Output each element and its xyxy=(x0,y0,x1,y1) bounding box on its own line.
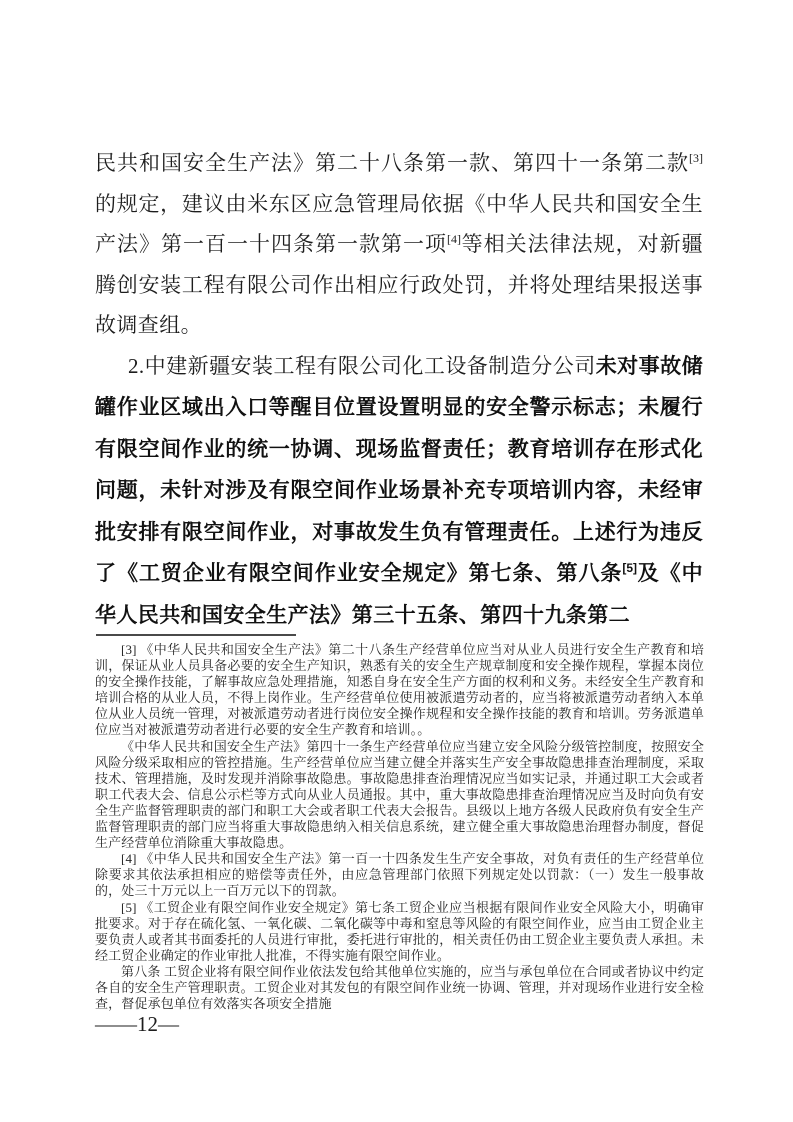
paragraph-lead-text: 2.中建新疆安装工程有限公司化工设备制造分公司 xyxy=(128,354,596,378)
footnotes-block: [3] 《中华人民共和国安全生产法》第二十八条生产经营单位应当对从业人员进行安全… xyxy=(95,642,704,1012)
body-paragraph-2: 2.中建新疆安装工程有限公司化工设备制造分公司未对事故储罐作业区域出入口等醒目位… xyxy=(95,346,703,637)
emphasized-text: 未对事故储罐作业区域出入口等醒目位置设置明显的安全警示标志；未履行有限空间作业的… xyxy=(95,355,703,586)
footnote-3-paragraph-2: 《中华人民共和国安全生产法》第四十一条生产经营单位应当建立安全风险分级管控制度，… xyxy=(95,739,704,852)
document-page: 民共和国安全生产法》第二十八条第一款、第四十一条第二款[3]的规定，建议由米东区… xyxy=(0,0,793,1122)
footnote-5-paragraph-1: [5] 《工贸企业有限空间作业安全规定》第七条工贸企业应当根据有限间作业安全风险… xyxy=(95,900,704,964)
page-number: ——12— xyxy=(95,1012,179,1037)
paragraph-text: 民共和国安全生产法》第二十八条第一款、第四十一条第二款 xyxy=(95,151,689,175)
body-paragraph-1: 民共和国安全生产法》第二十八条第一款、第四十一条第二款[3]的规定，建议由米东区… xyxy=(95,143,703,346)
footnote-3-paragraph-1: [3] 《中华人民共和国安全生产法》第二十八条生产经营单位应当对从业人员进行安全… xyxy=(95,642,704,739)
footnote-5-paragraph-2: 第八条 工贸企业将有限空间作业依法发包给其他单位实施的，应当与承包单位在合同或者… xyxy=(95,964,704,1012)
footnote-separator-rule xyxy=(96,634,296,636)
footnote-4-paragraph: [4] 《中华人民共和国安全生产法》第一百一十四条发生生产安全事故，对负有责任的… xyxy=(95,851,704,899)
footnote-ref-5: [5] xyxy=(622,561,637,575)
footnote-ref-4: [4] xyxy=(447,232,461,246)
footnote-ref-3: [3] xyxy=(689,151,703,165)
main-text-block: 民共和国安全生产法》第二十八条第一款、第四十一条第二款[3]的规定，建议由米东区… xyxy=(95,143,703,636)
